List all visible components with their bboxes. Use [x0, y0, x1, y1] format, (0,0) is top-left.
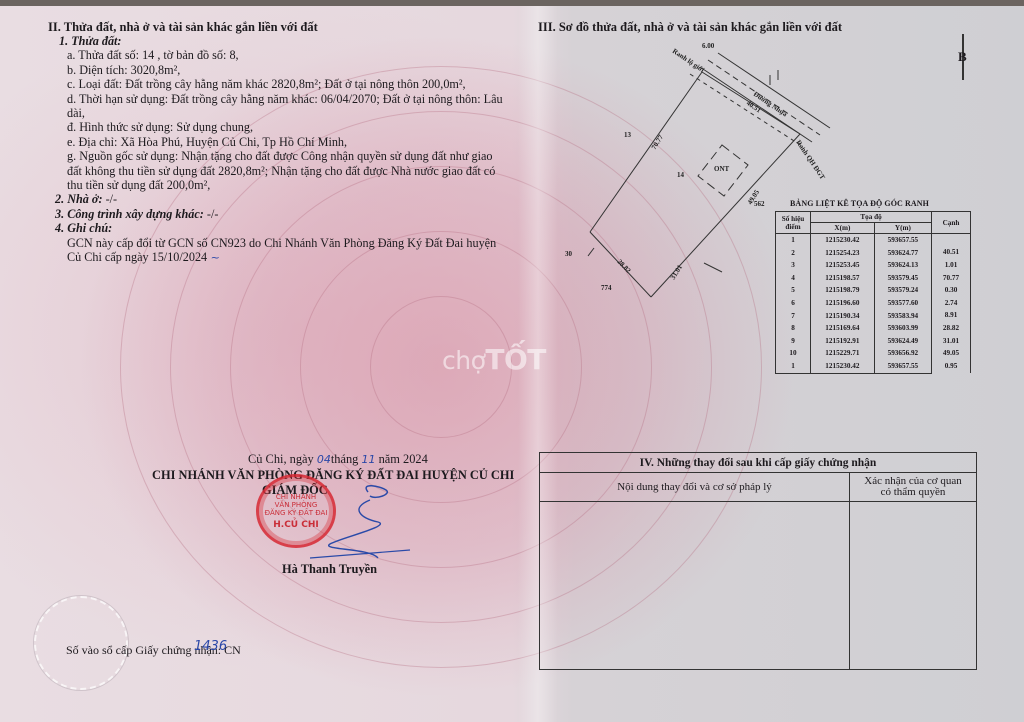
- sign-month-prefix: tháng: [331, 452, 362, 466]
- certificate-entry-number: 1436: [194, 640, 227, 654]
- coord-pt: 7: [776, 310, 811, 323]
- parcel-number: a. Thửa đất số: 14 , tờ bản đồ số: 8,: [55, 48, 515, 62]
- coord-pt: 6: [776, 297, 811, 310]
- sign-year: năm 2024: [375, 452, 427, 466]
- coord-y: 593657.55: [874, 234, 931, 247]
- coord-pt: 4: [776, 272, 811, 285]
- signer-name: Hà Thanh Truyền: [282, 562, 377, 576]
- col-x: X(m): [811, 223, 875, 234]
- coord-table-title: BẢNG LIỆT KÊ TỌA ĐỘ GÓC RANH: [790, 197, 929, 211]
- coord-pt: 8: [776, 322, 811, 335]
- col-point: Số hiệu điểm: [776, 212, 811, 234]
- coord-y: 593657.55: [874, 360, 931, 373]
- coord-pt: 1: [776, 234, 811, 247]
- house-code-label: ONT: [714, 165, 730, 173]
- usage-origin-cont: đất không thu tiền sử dụng đất 2820,8m²;…: [55, 164, 515, 178]
- coord-y: 593579.45: [874, 272, 931, 285]
- col-authority-confirm: Xác nhận của cơ quancó thẩm quyền: [850, 473, 977, 502]
- coord-y: 593624.13: [874, 259, 931, 272]
- parcel-14-label: 14: [677, 171, 685, 179]
- changes-table: IV. Những thay đổi sau khi cấp giấy chứn…: [539, 452, 977, 670]
- usage-form: đ. Hình thức sử dụng: Sử dụng chung,: [55, 120, 515, 134]
- land-type: c. Loại đất: Đất trồng cây hằng năm khác…: [55, 77, 515, 91]
- edge-bottom-left-label: 28.82: [616, 258, 633, 275]
- other-works-value: -/-: [204, 207, 219, 221]
- section-4-title: IV. Những thay đổi sau khi cấp giấy chứn…: [540, 453, 977, 473]
- road-width-label: 6.00: [702, 42, 715, 50]
- sign-month: 11: [361, 453, 375, 466]
- usage-origin-cont2: thu tiền sử dụng đất 200,0m²,: [55, 178, 515, 192]
- note-line-1: GCN này cấp đổi từ GCN số CN923 do Chi N…: [55, 236, 515, 250]
- parcel-13-label: 13: [624, 131, 632, 139]
- coord-y: 593624.49: [874, 335, 931, 348]
- sign-day: 04: [317, 453, 331, 466]
- watermark-part-2: TỐT: [485, 343, 546, 376]
- other-works-row: 3. Công trình xây dựng khác: -/-: [55, 207, 515, 221]
- section-2-title: II. Thửa đất, nhà ở và tài sản khác gắn …: [48, 20, 318, 34]
- watermark-part-1: chợ: [442, 346, 485, 375]
- coord-pt: 2: [776, 247, 811, 260]
- coord-x: 1215196.60: [811, 297, 875, 310]
- coord-x: 1215169.64: [811, 322, 875, 335]
- edge-length: 31.01: [932, 335, 970, 348]
- coord-x: 1215229.71: [811, 347, 875, 360]
- coord-y: 593577.60: [874, 297, 931, 310]
- initials-scribble: ~: [207, 251, 220, 264]
- coord-y: 593579.24: [874, 284, 931, 297]
- watermark-logo: chợTỐT: [442, 343, 546, 376]
- handwritten-signature-icon: [300, 478, 420, 568]
- address: e. Địa chỉ: Xã Hòa Phú, Huyện Củ Chi, Tp…: [55, 135, 515, 149]
- coord-y: 593656.92: [874, 347, 931, 360]
- coord-pt: 3: [776, 259, 811, 272]
- edge-length: 0.95: [932, 360, 970, 373]
- house-label: 2. Nhà ở:: [55, 192, 103, 206]
- area: b. Diện tích: 3020,8m²,: [55, 63, 515, 77]
- land-details: 1. Thửa đất: a. Thửa đất số: 14 , tờ bản…: [55, 34, 515, 266]
- coord-x: 1215198.57: [811, 272, 875, 285]
- edge-column: 40.511.0170.770.302.748.9128.8231.0149.0…: [932, 234, 971, 374]
- coord-pt: 10: [776, 347, 811, 360]
- house-row: 2. Nhà ở: -/-: [55, 192, 515, 206]
- coord-pt: 1: [776, 360, 811, 373]
- col-change-content: Nội dung thay đổi và cơ sở pháp lý: [540, 473, 850, 502]
- other-works-label: 3. Công trình xây dựng khác:: [55, 207, 204, 221]
- col-y: Y(m): [874, 223, 931, 234]
- coord-y: 593583.94: [874, 310, 931, 323]
- col-coord: Tọa độ: [811, 212, 932, 223]
- parcel-774-label: 774: [601, 284, 612, 292]
- edge-bottom-right-label: 31.01: [669, 263, 684, 281]
- boundary-left-label: Ranh lộ giới: [671, 47, 706, 74]
- edge-length: 8.91: [932, 309, 970, 322]
- edge-length: 28.82: [932, 322, 970, 335]
- note-line-2: Củ Chi cấp ngày 15/10/2024 ~: [55, 250, 515, 265]
- coord-pt: 9: [776, 335, 811, 348]
- coord-x: 1215253.45: [811, 259, 875, 272]
- edge-length: 0.30: [932, 284, 970, 297]
- edge-length: 1.01: [932, 259, 970, 272]
- edge-length: 49.05: [932, 347, 970, 360]
- house-value: -/-: [103, 192, 118, 206]
- note-date: Củ Chi cấp ngày 15/10/2024: [67, 250, 207, 264]
- coord-x: 1215190.34: [811, 310, 875, 323]
- confirm-line-2: có thẩm quyền: [881, 486, 946, 498]
- col-edge: Cạnh: [932, 212, 971, 234]
- sign-place: Củ Chi, ngày: [248, 452, 317, 466]
- usage-term: d. Thời hạn sử dụng: Đất trồng cây hằng …: [55, 92, 515, 106]
- usage-term-cont: dài,: [55, 106, 515, 120]
- edge-length: 40.51: [932, 246, 970, 259]
- change-content-cell: [540, 502, 850, 670]
- parcel-30-label: 30: [565, 250, 573, 258]
- coord-x: 1215192.91: [811, 335, 875, 348]
- note-label: 4. Ghi chú:: [55, 221, 515, 235]
- coord-y: 593603.99: [874, 322, 931, 335]
- coord-x: 1215254.23: [811, 247, 875, 260]
- usage-origin: g. Nguồn gốc sử dụng: Nhận tặng cho đất …: [55, 149, 515, 163]
- coord-pt: 5: [776, 284, 811, 297]
- coord-x: 1215230.42: [811, 360, 875, 373]
- coordinate-table: Số hiệu điểm Tọa độ Cạnh X(m) Y(m) 11215…: [775, 211, 971, 374]
- sign-date: Củ Chi, ngày 04tháng 11 năm 2024: [248, 452, 428, 467]
- authority-confirm-cell: [850, 502, 977, 670]
- edge-left-label: 70.77: [650, 133, 665, 151]
- coord-y: 593624.77: [874, 247, 931, 260]
- edge-length: 70.77: [932, 272, 970, 285]
- coord-x: 1215230.42: [811, 234, 875, 247]
- land-heading: 1. Thửa đất:: [55, 34, 515, 48]
- boundary-right-label: Ranh QH ĐGT: [794, 139, 826, 182]
- coord-row: 11215230.42593657.5540.511.0170.770.302.…: [776, 234, 971, 247]
- edge-length: 2.74: [932, 297, 970, 310]
- coord-x: 1215198.79: [811, 284, 875, 297]
